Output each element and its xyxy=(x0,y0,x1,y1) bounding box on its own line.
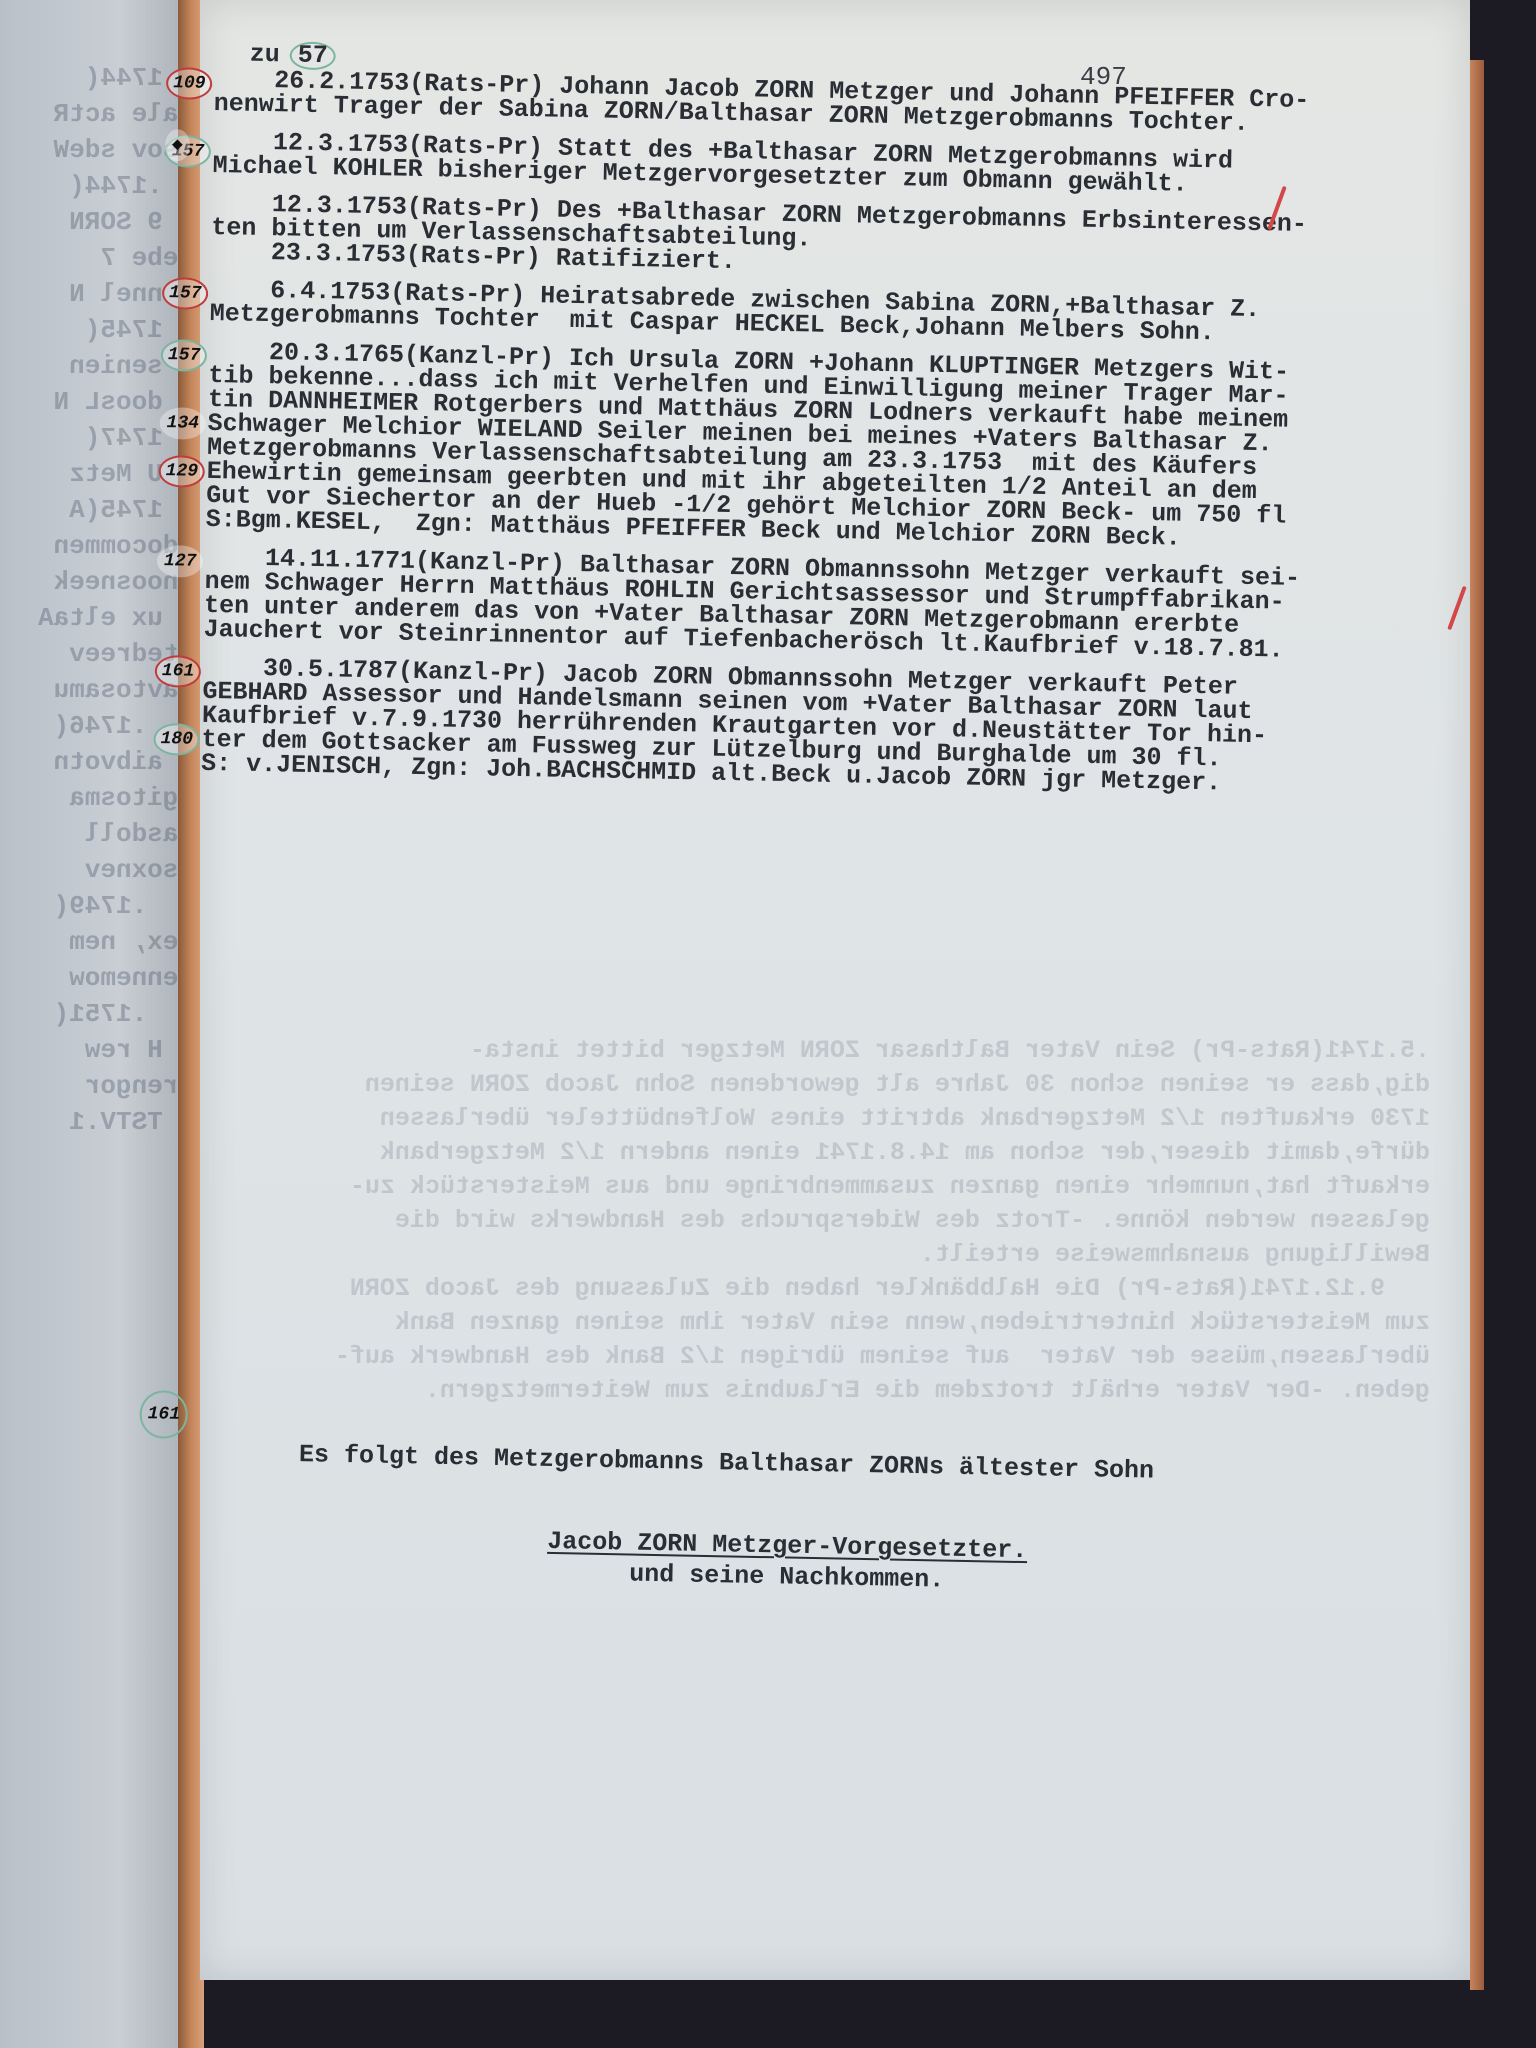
section-heading-line-1: Es folgt des Metzgerobmanns Balthasar ZO… xyxy=(238,1400,1340,1529)
document-body: zu 57 10915726.2.1753(Rats-Pr) Johann Ja… xyxy=(201,40,1455,800)
page-edge xyxy=(1470,60,1484,1990)
document-entry: 15713412920.3.1765(Kanzl-Pr) Ich Ursula … xyxy=(206,340,1449,556)
section-heading: 161 Es folgt des Metzgerobmanns Balthasa… xyxy=(237,1400,1340,1601)
facing-left-page: 1744( ale actR sov sdeW .1744( 9 SORN eb… xyxy=(0,0,200,2048)
entry-list: 10915726.2.1753(Rats-Pr) Johann Jacob ZO… xyxy=(201,68,1454,800)
left-page-bleed-text: 1744( ale actR sov sdeW .1744( 9 SORN eb… xyxy=(4,60,194,1176)
document-entry: 16118030.5.1787(Kanzl-Pr) Jacob ZORN Obm… xyxy=(201,656,1443,800)
reference-prefix: zu xyxy=(249,43,279,68)
